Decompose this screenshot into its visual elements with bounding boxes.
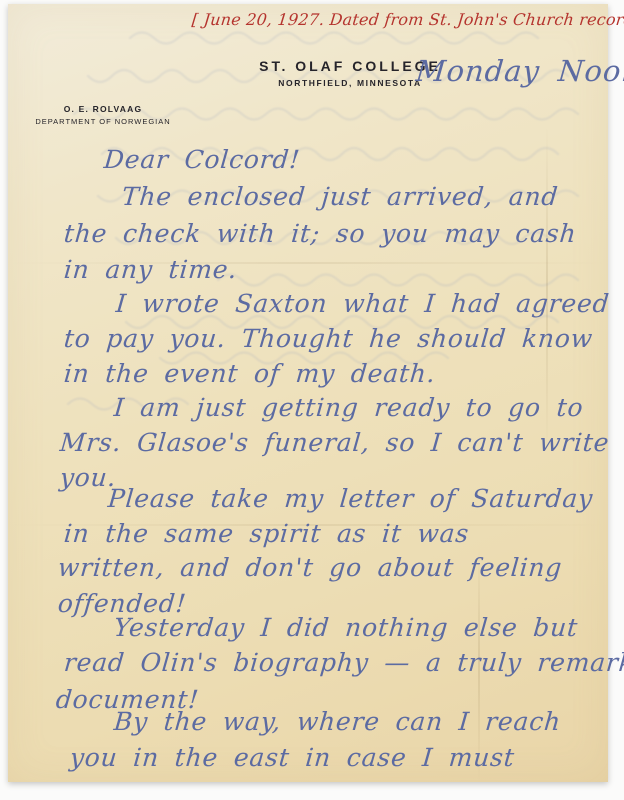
letter-line: the check with it; so you may cash xyxy=(63,219,578,248)
salutation: Dear Colcord! xyxy=(103,145,302,174)
letter-line: in any time. xyxy=(63,255,239,284)
archival-annotation: [ June 20, 1927. Dated from St. John's C… xyxy=(191,10,624,29)
scanned-letter-page: [ June 20, 1927. Dated from St. John's C… xyxy=(0,0,624,800)
handwritten-dateline: Monday Noon. xyxy=(415,54,624,88)
letter-line: Mrs. Glasoe's funeral, so I can't write xyxy=(59,428,611,457)
letter-line: I am just getting ready to go to xyxy=(113,393,585,422)
letter-line: Yesterday I did nothing else but xyxy=(113,613,580,642)
letter-line: written, and don't go about feeling xyxy=(57,553,564,582)
letter-line: Please take my letter of Saturday xyxy=(107,484,595,513)
letter-line: you in the east in case I must xyxy=(69,743,516,772)
letter-line: in the same spirit as it was xyxy=(63,519,471,548)
letter-line: I wrote Saxton what I had agreed xyxy=(115,289,611,318)
letter-paper: [ June 20, 1927. Dated from St. John's C… xyxy=(8,4,608,782)
letter-line: in the event of my death. xyxy=(63,359,437,388)
letterhead-sender-department: DEPARTMENT OF NORWEGIAN xyxy=(30,117,176,126)
letterhead-sender-name: O. E. ROLVAAG xyxy=(30,104,176,114)
letter-line: to pay you. Thought he should know xyxy=(63,324,595,353)
letterhead-sender-block: O. E. ROLVAAG DEPARTMENT OF NORWEGIAN xyxy=(30,104,176,126)
letter-line: By the way, where can I reach xyxy=(113,707,563,736)
letter-line: The enclosed just arrived, and xyxy=(121,182,560,211)
letter-line: read Olin's biography — a truly remarkab… xyxy=(63,648,624,677)
